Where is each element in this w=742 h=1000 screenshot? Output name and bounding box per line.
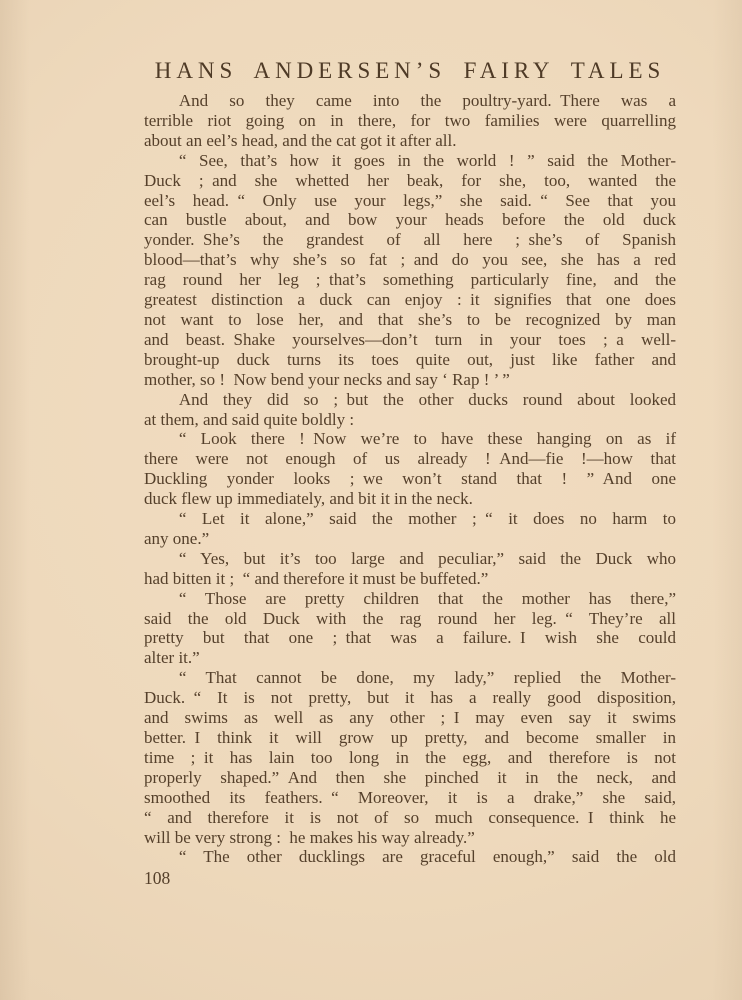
body-text: And so they came into the poultry-yard. … xyxy=(144,91,676,867)
paragraph: “ Those are pretty children that the mot… xyxy=(144,589,676,669)
paragraph: And they did so ; but the other ducks ro… xyxy=(144,390,676,430)
text-line: said the old Duck with the rag round her… xyxy=(144,609,676,629)
text-line: terrible riot going on in there, for two… xyxy=(144,111,676,131)
text-line: rag round her leg ; that’s something par… xyxy=(144,270,676,290)
text-line: mother, so ! Now bend your necks and say… xyxy=(144,370,676,390)
paragraph: “ The other ducklings are graceful enoug… xyxy=(144,847,676,867)
text-line: will be very strong : he makes his way a… xyxy=(144,828,676,848)
text-line: about an eel’s head, and the cat got it … xyxy=(144,131,676,151)
text-line: “ Let it alone,” said the mother ; “ it … xyxy=(144,509,676,529)
text-line: at them, and said quite boldly : xyxy=(144,410,676,430)
text-block: HANS ANDERSEN’S FAIRY TALES And so they … xyxy=(144,58,676,888)
paragraph: “ Let it alone,” said the mother ; “ it … xyxy=(144,509,676,549)
paragraph: “ Look there ! Now we’re to have these h… xyxy=(144,429,676,509)
book-page: HANS ANDERSEN’S FAIRY TALES And so they … xyxy=(0,0,742,1000)
text-line: better. I think it will grow up pretty, … xyxy=(144,728,676,748)
text-line: “ That cannot be done, my lady,” replied… xyxy=(144,668,676,688)
text-line: “ The other ducklings are graceful enoug… xyxy=(144,847,676,867)
text-line: any one.” xyxy=(144,529,676,549)
text-line: properly shaped.” And then she pinched i… xyxy=(144,768,676,788)
text-line: Duck ; and she whetted her beak, for she… xyxy=(144,171,676,191)
text-line: alter it.” xyxy=(144,648,676,668)
paragraph: “ Yes, but it’s too large and peculiar,”… xyxy=(144,549,676,589)
text-line: eel’s head. “ Only use your legs,” she s… xyxy=(144,191,676,211)
text-line: brought-up duck turns its toes quite out… xyxy=(144,350,676,370)
text-line: yonder. She’s the grandest of all here ;… xyxy=(144,230,676,250)
text-line: greatest distinction a duck can enjoy : … xyxy=(144,290,676,310)
text-line: pretty but that one ; that was a failure… xyxy=(144,628,676,648)
text-line: Duckling yonder looks ; we won’t stand t… xyxy=(144,469,676,489)
text-line: there were not enough of us already ! An… xyxy=(144,449,676,469)
text-line: blood—that’s why she’s so fat ; and do y… xyxy=(144,250,676,270)
paragraph: And so they came into the poultry-yard. … xyxy=(144,91,676,151)
text-line: smoothed its feathers. “ Moreover, it is… xyxy=(144,788,676,808)
text-line: had bitten it ; “ and therefore it must … xyxy=(144,569,676,589)
text-line: time ; it has lain too long in the egg, … xyxy=(144,748,676,768)
paragraph: “ That cannot be done, my lady,” replied… xyxy=(144,668,676,847)
text-line: And they did so ; but the other ducks ro… xyxy=(144,390,676,410)
text-line: and beast. Shake yourselves—don’t turn i… xyxy=(144,330,676,350)
text-line: “ Those are pretty children that the mot… xyxy=(144,589,676,609)
page-number: 108 xyxy=(144,868,676,888)
text-line: not want to lose her, and that she’s to … xyxy=(144,310,676,330)
text-line: duck flew up immediately, and bit it in … xyxy=(144,489,676,509)
text-line: “ See, that’s how it goes in the world !… xyxy=(144,151,676,171)
running-header: HANS ANDERSEN’S FAIRY TALES xyxy=(144,58,676,84)
paragraph: “ See, that’s how it goes in the world !… xyxy=(144,151,676,390)
text-line: “ and therefore it is not of so much con… xyxy=(144,808,676,828)
text-line: And so they came into the poultry-yard. … xyxy=(144,91,676,111)
text-line: “ Look there ! Now we’re to have these h… xyxy=(144,429,676,449)
text-line: and swims as well as any other ; I may e… xyxy=(144,708,676,728)
text-line: can bustle about, and bow your heads bef… xyxy=(144,210,676,230)
text-line: Duck. “ It is not pretty, but it has a r… xyxy=(144,688,676,708)
text-line: “ Yes, but it’s too large and peculiar,”… xyxy=(144,549,676,569)
